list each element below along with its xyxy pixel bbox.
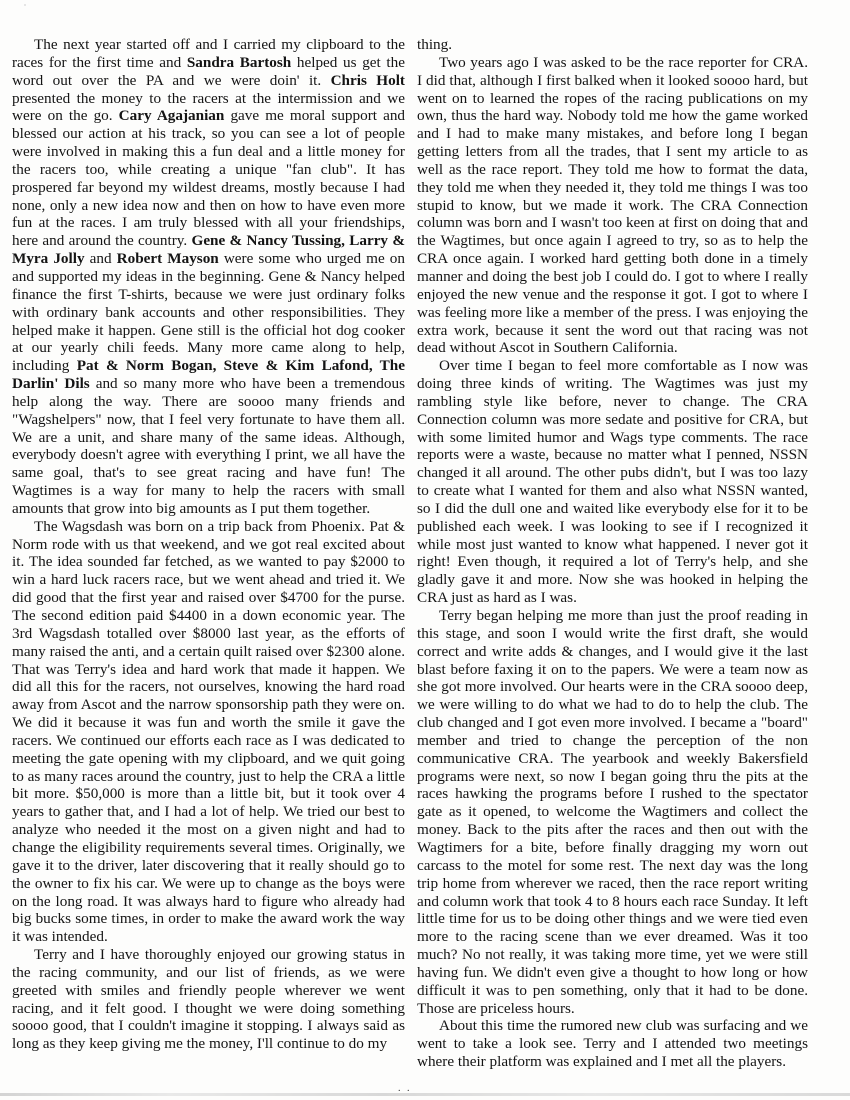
bold-name: Robert Mayson bbox=[117, 250, 219, 267]
text-run: and so many more who have been a tremend… bbox=[12, 375, 405, 517]
text-run: and bbox=[85, 250, 117, 267]
document-page: The next year started off and I carried … bbox=[0, 0, 850, 1100]
text-run: thing. bbox=[417, 36, 452, 53]
paragraph: The Wagsdash was born on a trip back fro… bbox=[12, 518, 405, 946]
paragraph: About this time the rumored new club was… bbox=[417, 1017, 808, 1071]
text-run: Two years ago I was asked to be the race… bbox=[417, 54, 808, 357]
bold-name: Sandra Bartosh bbox=[187, 54, 291, 71]
page-bottom-edge bbox=[0, 1093, 850, 1096]
text-run: The Wagsdash was born on a trip back fro… bbox=[12, 518, 405, 945]
text-run: were some who urged me on and supported … bbox=[12, 250, 405, 374]
text-run: Terry began helping me more than just th… bbox=[417, 607, 808, 1017]
text-run: Over time I began to feel more comfortab… bbox=[417, 357, 808, 606]
paragraph: Terry and I have thoroughly enjoyed our … bbox=[12, 946, 405, 1053]
text-run: About this time the rumored new club was… bbox=[417, 1017, 808, 1070]
bold-name: Chris Holt bbox=[331, 72, 405, 89]
paragraph: thing. bbox=[417, 36, 808, 54]
scan-speck bbox=[24, 4, 26, 6]
right-column: thing.Two years ago I was asked to be th… bbox=[417, 36, 808, 1071]
text-run: Terry and I have thoroughly enjoyed our … bbox=[12, 946, 405, 1052]
text-run: gave me moral support and blessed our ac… bbox=[12, 107, 405, 249]
paragraph: Two years ago I was asked to be the race… bbox=[417, 54, 808, 357]
paragraph: Over time I began to feel more comfortab… bbox=[417, 357, 808, 607]
paragraph: Terry began helping me more than just th… bbox=[417, 607, 808, 1017]
left-column: The next year started off and I carried … bbox=[12, 36, 405, 1053]
paragraph: The next year started off and I carried … bbox=[12, 36, 405, 518]
bold-name: Cary Agajanian bbox=[119, 107, 225, 124]
